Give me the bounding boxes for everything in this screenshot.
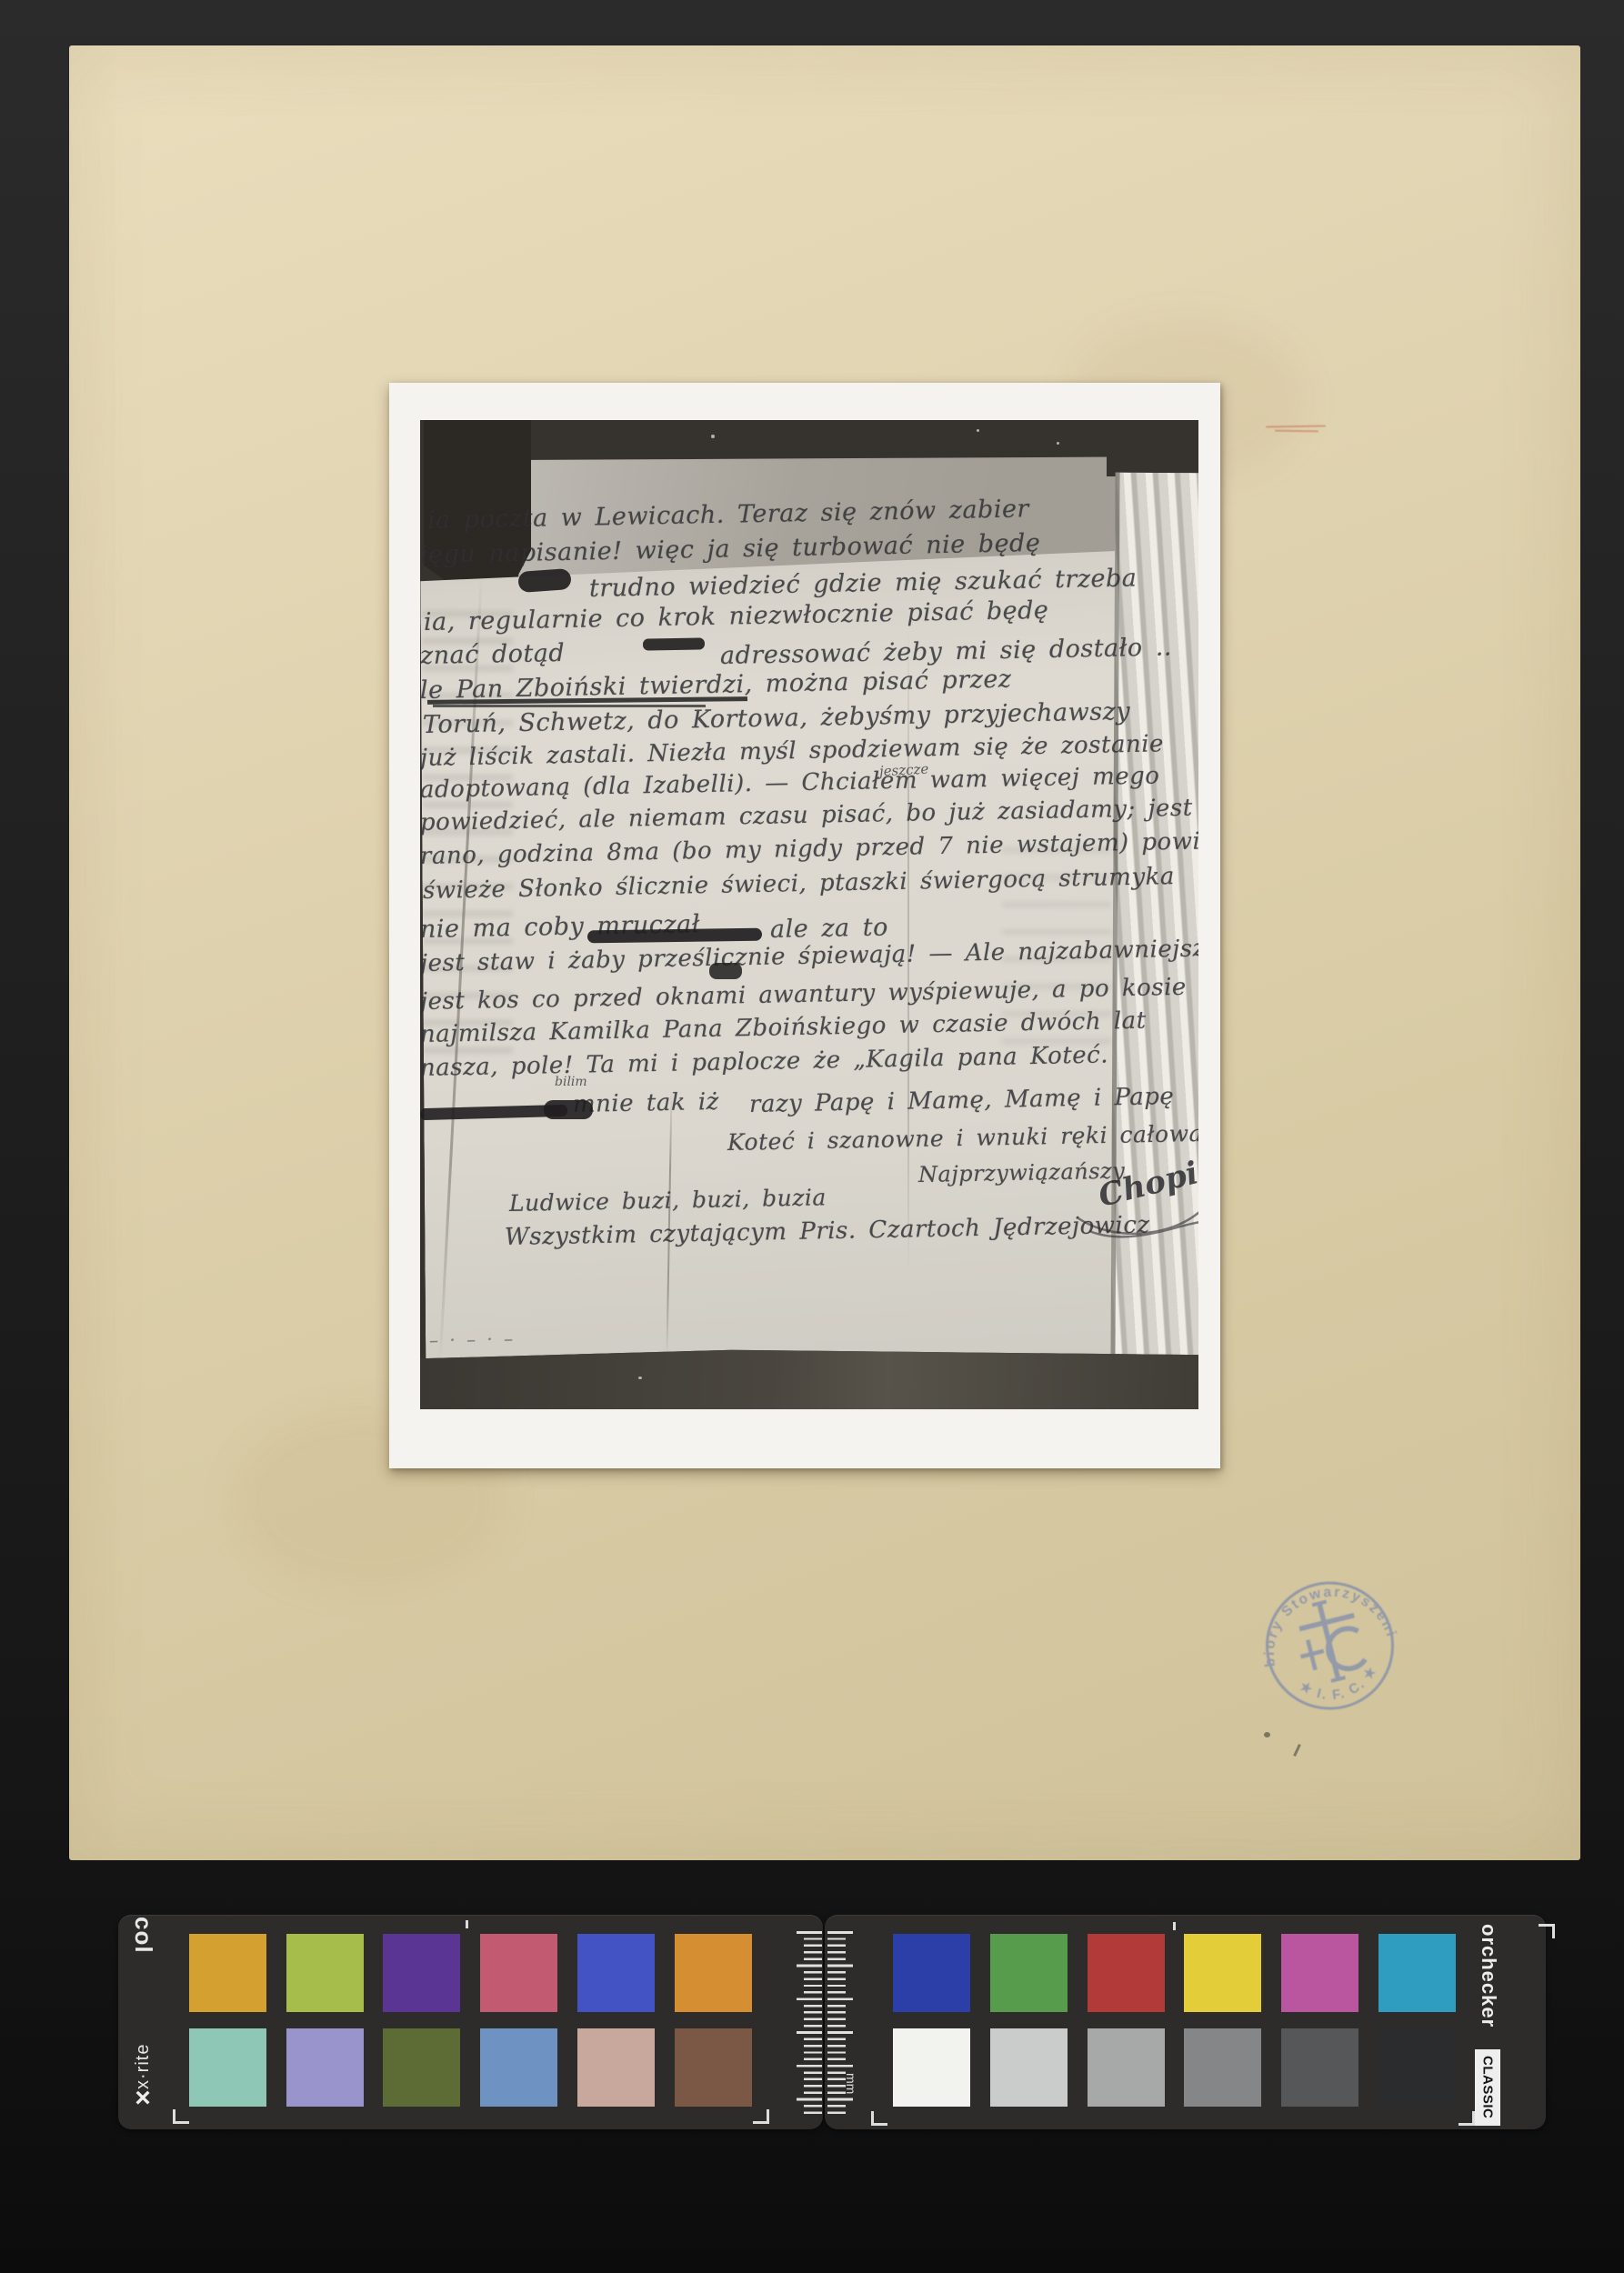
- strikethrough: [587, 928, 762, 944]
- dust-speck: [1057, 442, 1059, 445]
- color-patch: [286, 2028, 364, 2107]
- registration-corner-mark: [1539, 1924, 1555, 1938]
- color-patch: [286, 1934, 364, 2012]
- registration-corner-mark: [1459, 2111, 1475, 2126]
- pen-flourish: – · – · –: [429, 1327, 514, 1351]
- strikethrough: [643, 637, 705, 650]
- color-patch: [480, 1934, 557, 2012]
- color-patch: [189, 1934, 266, 2012]
- color-patch: [480, 2028, 557, 2107]
- backdrop-bottom: [420, 1347, 1198, 1409]
- colorchecker-brand-fragment: orchecker: [1477, 1924, 1500, 2048]
- letter-line-fragment: ale za to: [770, 914, 888, 944]
- letter-line-fragment: znać dotąd: [420, 639, 565, 670]
- color-patch: [893, 2028, 970, 2107]
- color-patch: [577, 1934, 655, 2012]
- mat-board: ia poczta w Lewicach. Teraz się znów zab…: [69, 45, 1580, 1860]
- color-patch: [189, 2028, 266, 2107]
- registration-corner-mark: [753, 2109, 769, 2124]
- color-patch: [1378, 2028, 1456, 2107]
- color-patch: [1088, 1934, 1165, 2012]
- letter-line-fragment: mnie tak iż: [573, 1088, 719, 1118]
- colorchecker-brand-fragment: col: [129, 1917, 157, 1986]
- color-patch: [1281, 2028, 1358, 2107]
- dust-speck: [977, 429, 979, 432]
- interlinear-insertion: bilim: [555, 1075, 587, 1089]
- color-patch: [990, 2028, 1068, 2107]
- underline: [433, 705, 706, 707]
- color-patch: [383, 2028, 460, 2107]
- color-patch: [1281, 1934, 1358, 2012]
- ink-scribble: [709, 963, 742, 979]
- color-patch: [1088, 2028, 1165, 2107]
- xrite-logo-icon: ×: [129, 2084, 156, 2115]
- dust-speck: [1293, 1744, 1301, 1757]
- color-patch: [675, 1934, 752, 2012]
- ruler-unit-label: mm: [844, 2073, 858, 2109]
- photo-image: ia poczta w Lewicach. Teraz się znów zab…: [420, 420, 1198, 1409]
- color-patch: [1184, 1934, 1261, 2012]
- color-patch: [1184, 2028, 1261, 2107]
- colorchecker-left-strip: col x·rite ×: [118, 1915, 823, 2129]
- registration-tick: [466, 1920, 468, 1928]
- ink-blob: [544, 1100, 593, 1119]
- ink-blob: [517, 568, 571, 593]
- dust-speck: [1264, 1732, 1270, 1737]
- colorchecker-right-strip: [825, 1915, 1546, 2129]
- color-patch: [990, 1934, 1068, 2012]
- color-patch: [1378, 1934, 1456, 2012]
- dust-speck: [711, 435, 715, 438]
- archival-scan: ia poczta w Lewicach. Teraz się znów zab…: [0, 0, 1624, 2273]
- classic-badge: CLASSIC: [1475, 2049, 1500, 2126]
- letter-closing: Najprzywiązańszy: [918, 1158, 1126, 1187]
- photograph: ia poczta w Lewicach. Teraz się znów zab…: [389, 383, 1220, 1468]
- registration-corner-mark: [173, 2109, 189, 2124]
- interlinear-insertion: jeszcze: [879, 761, 929, 780]
- ruler-long-ticks: [797, 1931, 822, 2118]
- color-patch: [383, 1934, 460, 2012]
- color-patch: [893, 1934, 970, 2012]
- registration-tick: [1173, 1922, 1176, 1930]
- registration-corner-mark: [871, 2111, 887, 2126]
- archive-stamp: Zbiory Stowarzyszenia ★ I. F. C. ★: [1245, 1563, 1416, 1731]
- color-patch: [675, 2028, 752, 2107]
- xrite-wordmark: x·rite: [133, 2026, 154, 2089]
- signature-flourish: [1071, 1191, 1198, 1246]
- dust-speck: [638, 1377, 642, 1379]
- classic-badge-label: CLASSIC: [1480, 2056, 1496, 2118]
- color-patch: [577, 2028, 655, 2107]
- red-pencil-mark: [1266, 424, 1329, 435]
